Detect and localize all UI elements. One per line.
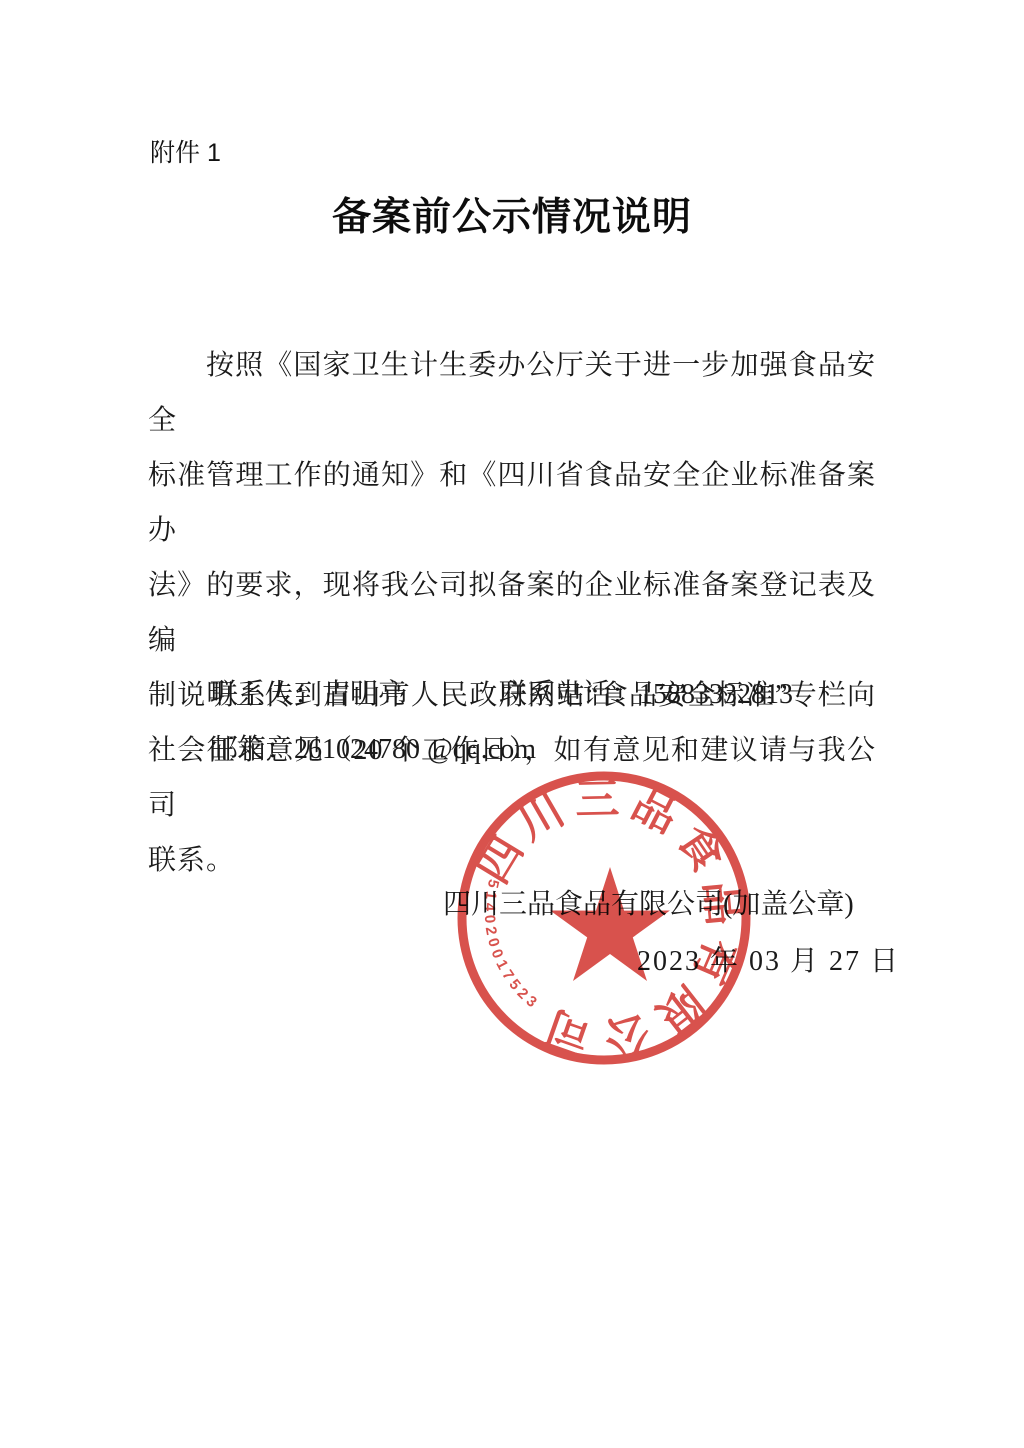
signature-date: 2023 年 03 月 27 日 (637, 939, 900, 979)
body-paragraph: 按照《国家卫生计生委办公厅关于进一步加强食品安全 标准管理工作的通知》和《四川省… (148, 338, 876, 888)
contact-email: 邮箱：261024780 @qq.com (210, 727, 536, 767)
paragraph-line: 标准管理工作的通知》和《四川省食品安全企业标准备案办 (148, 448, 876, 558)
paragraph-line: 法》的要求，现将我公司拟备案的企业标准备案登记表及编 (148, 558, 876, 668)
attachment-label: 附件 1 (150, 133, 221, 169)
contact-phone: 联系电话：15883332813 (499, 679, 793, 710)
document-page: 附件 1 备案前公示情况说明 按照《国家卫生计生委办公厅关于进一步加强食品安全 … (0, 0, 1024, 1448)
page-title: 备案前公示情况说明 (0, 186, 1024, 242)
contact-row: 联系人：古明亮 联系电话：15883332813 (148, 672, 876, 712)
paragraph-line: 按照《国家卫生计生委办公厅关于进一步加强食品安全 (148, 338, 876, 448)
paragraph-line: 联系。 (148, 833, 876, 888)
contact-person: 联系人：古明亮 (210, 679, 406, 710)
signature-company: 四川三品食品有限公司(加盖公章) (443, 882, 854, 922)
